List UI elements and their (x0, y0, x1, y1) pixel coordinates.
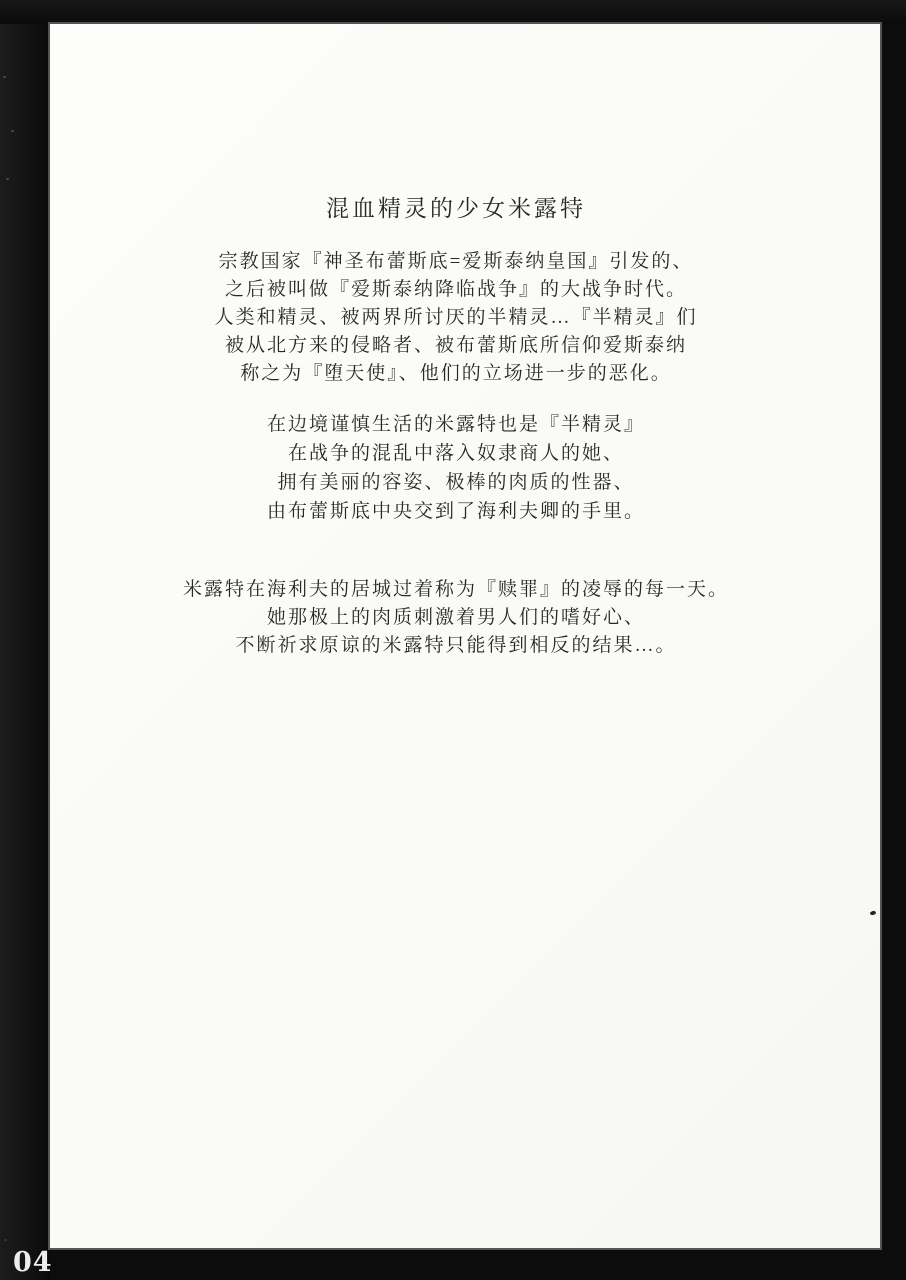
dust-speck (3, 76, 6, 78)
scan-border: 混血精灵的少女米露特 宗教国家『神圣布蕾斯底=爱斯泰纳皇国』引发的、 之后被叫做… (0, 0, 906, 1280)
text-line: 在边境谨慎生活的米露特也是『半精灵』 (41, 410, 871, 439)
scanned-page: 混血精灵的少女米露特 宗教国家『神圣布蕾斯底=爱斯泰纳皇国』引发的、 之后被叫做… (50, 24, 880, 1248)
text-line: 由布蕾斯底中央交到了海利夫卿的手里。 (41, 497, 871, 526)
text-line: 在战争的混乱中落入奴隶商人的她、 (41, 439, 871, 468)
paragraph-heroine: 在边境谨慎生活的米露特也是『半精灵』 在战争的混乱中落入奴隶商人的她、 拥有美丽… (41, 410, 871, 526)
page-number: 04 (13, 1249, 53, 1276)
top-border-sheen (0, 0, 906, 24)
text-line: 人类和精灵、被两界所讨厌的半精灵…『半精灵』们 (41, 304, 871, 332)
text-line: 被从北方来的侵略者、被布蕾斯底所信仰爱斯泰纳 (41, 332, 871, 360)
page-title: 混血精灵的少女米露特 (41, 190, 871, 223)
paragraph-setting: 宗教国家『神圣布蕾斯底=爱斯泰纳皇国』引发的、 之后被叫做『爱斯泰纳降临战争』的… (41, 248, 871, 388)
text-line: 之后被叫做『爱斯泰纳降临战争』的大战争时代。 (41, 276, 871, 304)
text-line: 她那极上的肉质刺激着男人们的嗜好心、 (41, 604, 871, 632)
text-line: 不断祈求原谅的米露特只能得到相反的结果…。 (41, 632, 871, 660)
paragraph-story: 米露特在海利夫的居城过着称为『赎罪』的凌辱的每一天。 她那极上的肉质刺激着男人们… (41, 576, 871, 660)
dust-speck (4, 1239, 7, 1241)
dust-speck (6, 178, 9, 180)
text-line: 拥有美丽的容姿、极棒的肉质的性器、 (41, 468, 871, 497)
text-line: 米露特在海利夫的居城过着称为『赎罪』的凌辱的每一天。 (41, 576, 871, 604)
text-line: 宗教国家『神圣布蕾斯底=爱斯泰纳皇国』引发的、 (41, 248, 871, 276)
text-line: 称之为『堕天使』、他们的立场进一步的恶化。 (41, 360, 871, 388)
dust-speck (11, 130, 14, 132)
ink-speck (870, 910, 877, 915)
